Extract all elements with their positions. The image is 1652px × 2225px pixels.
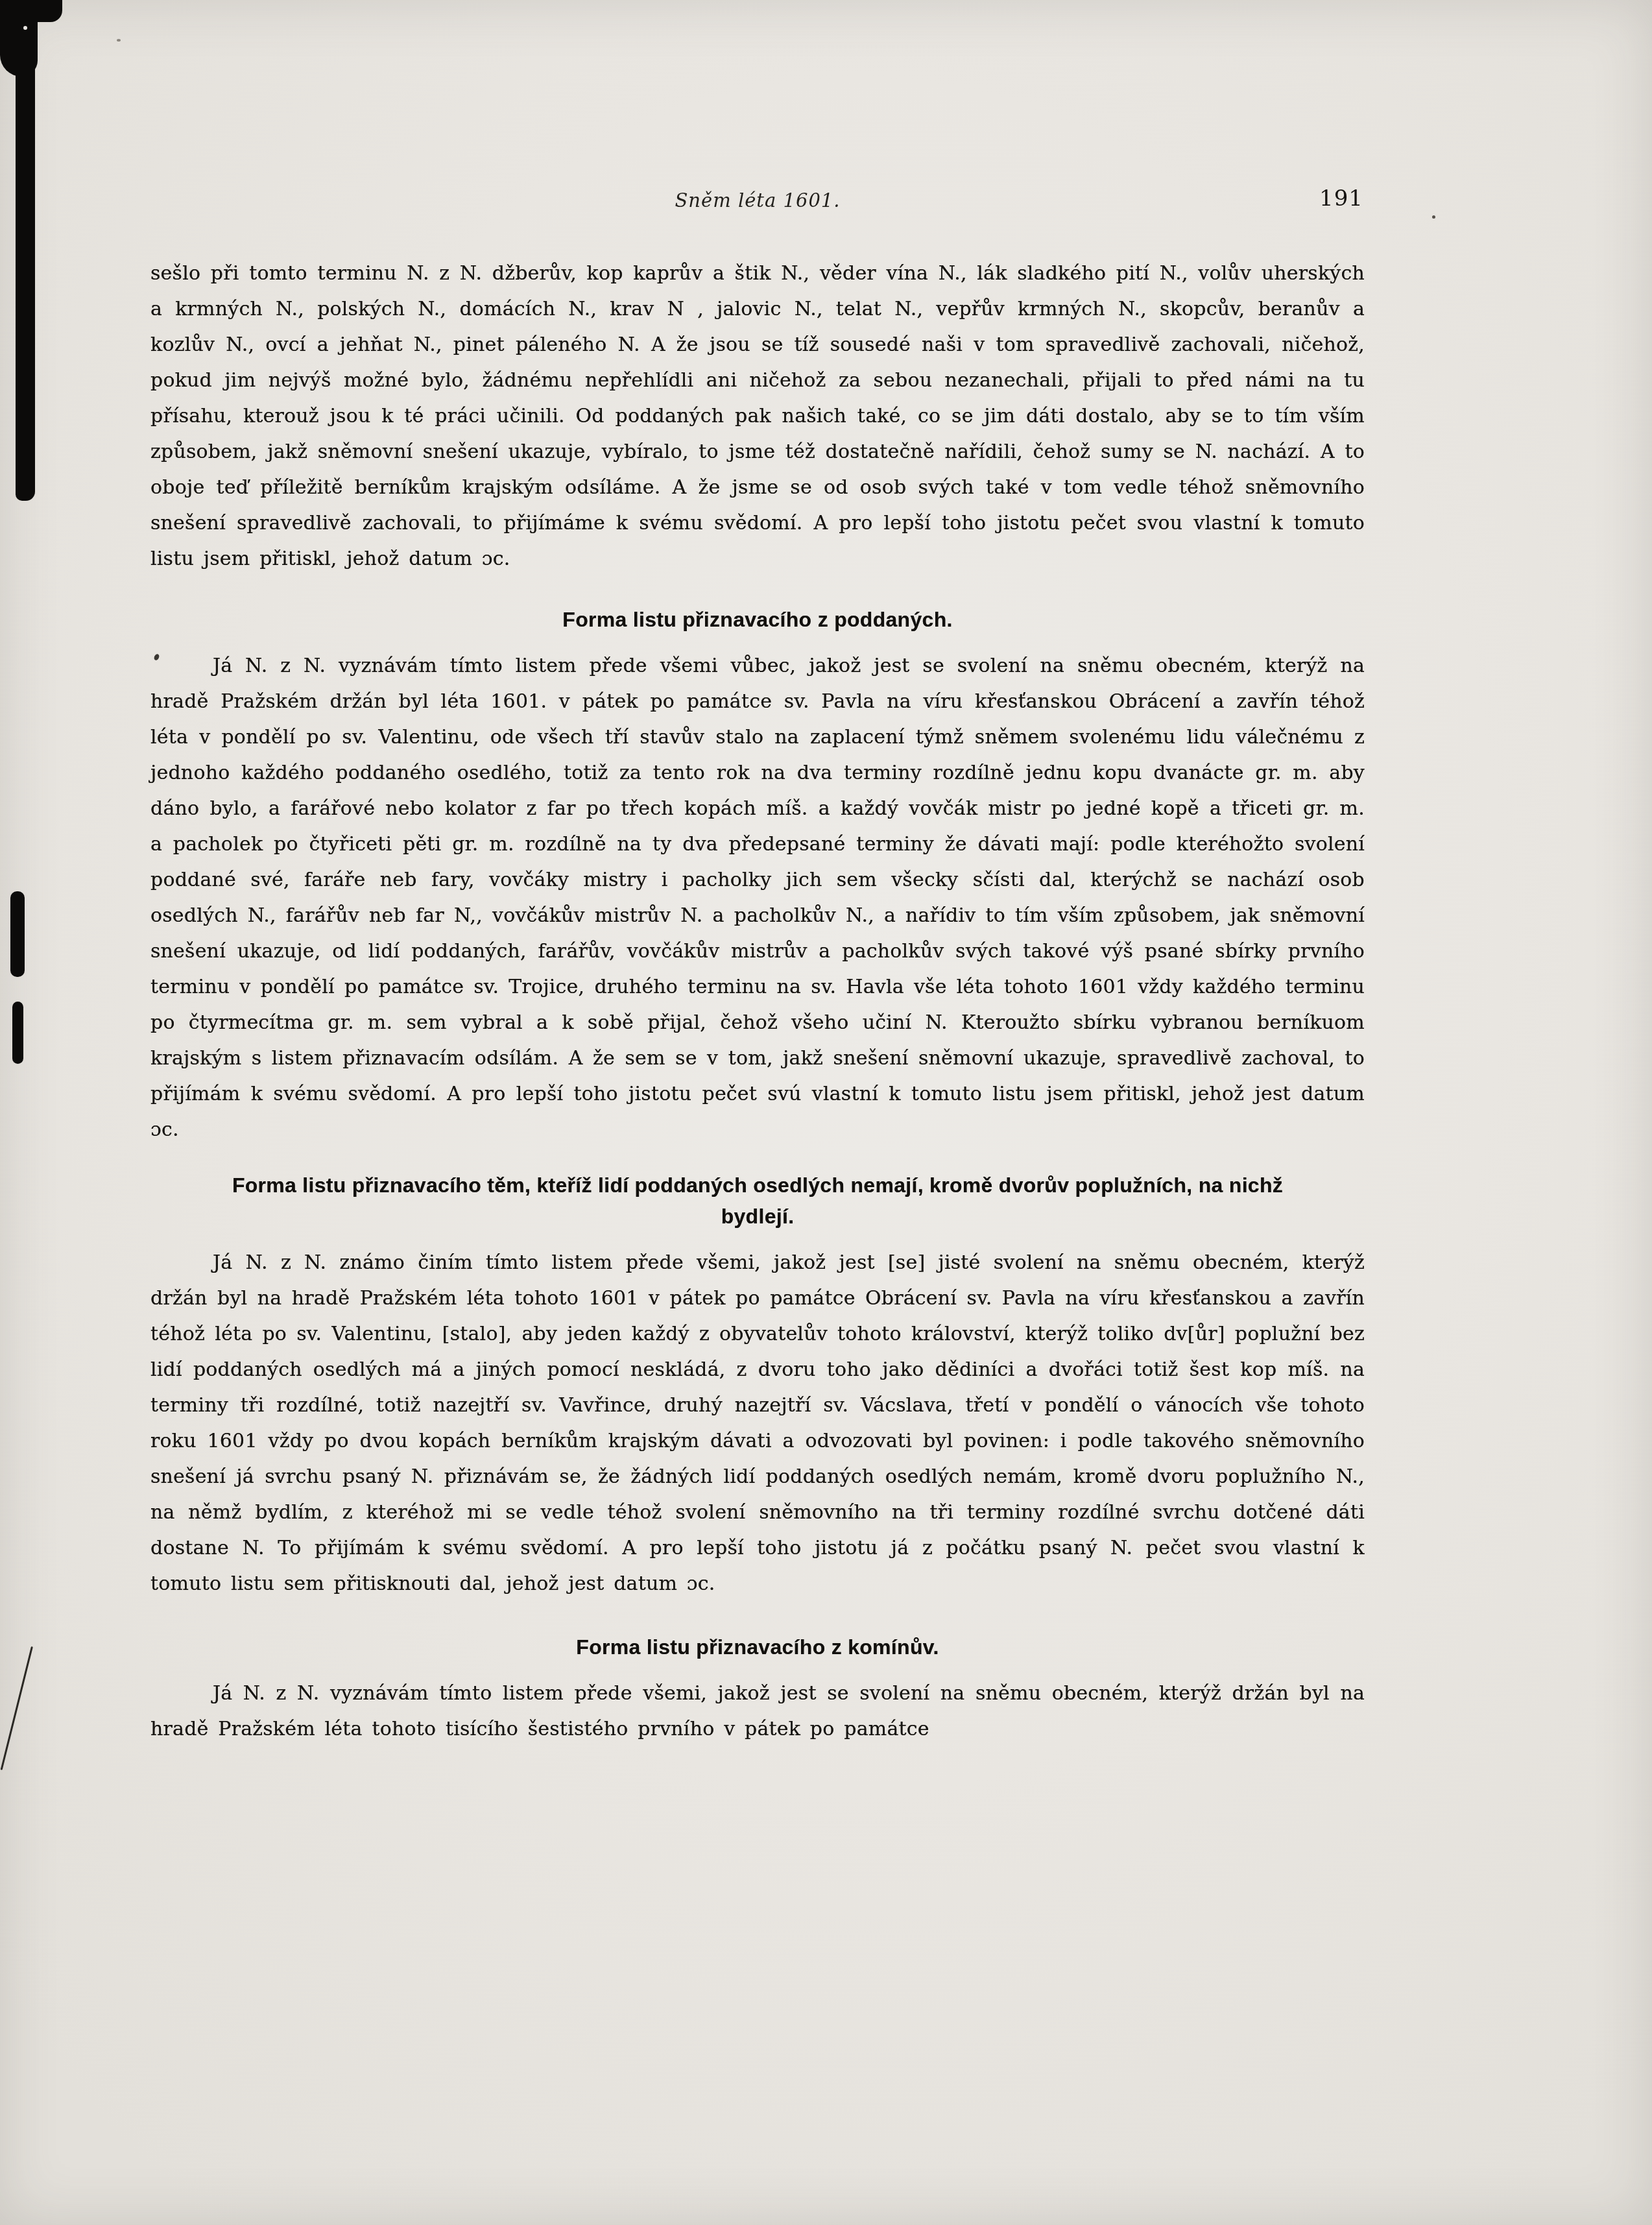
text-block: Sněm léta 1601. 191 sešlo při tomto term…: [150, 189, 1365, 1747]
scan-speck: [1432, 215, 1435, 219]
section-heading-dvoru-popluznich: Forma listu přiznavacího těm, kteříž lid…: [206, 1170, 1309, 1232]
scan-binding-bar: [16, 0, 35, 501]
page-header: Sněm léta 1601. 191: [150, 189, 1365, 217]
section-heading-kominuv: Forma listu přiznavacího z komínův.: [206, 1631, 1309, 1663]
scanned-page: Sněm léta 1601. 191 sešlo při tomto term…: [0, 0, 1652, 2225]
section-paragraph-kominuv: Já N. z N. vyznávám tímto listem přede v…: [150, 1676, 1365, 1747]
section-paragraph-poddanych: Já N. z N. vyznávám tímto listem přede v…: [150, 648, 1365, 1148]
page-number: 191: [1319, 186, 1363, 211]
section-heading-poddanych: Forma listu přiznavacího z poddaných.: [206, 604, 1309, 635]
scan-scratch-mark: [1, 1646, 33, 1770]
section-paragraph-dvoru-popluznich: Já N. z N. známo činím tímto listem před…: [150, 1245, 1365, 1602]
paragraph-continuation: sešlo při tomto terminu N. z N. džberův,…: [150, 256, 1365, 577]
scan-binding-bar: [10, 891, 25, 977]
scan-paper-dot: [23, 26, 27, 30]
running-title: Sněm léta 1601.: [150, 189, 1365, 211]
scan-binding-bar: [12, 1002, 23, 1064]
scan-speck: [117, 39, 121, 42]
